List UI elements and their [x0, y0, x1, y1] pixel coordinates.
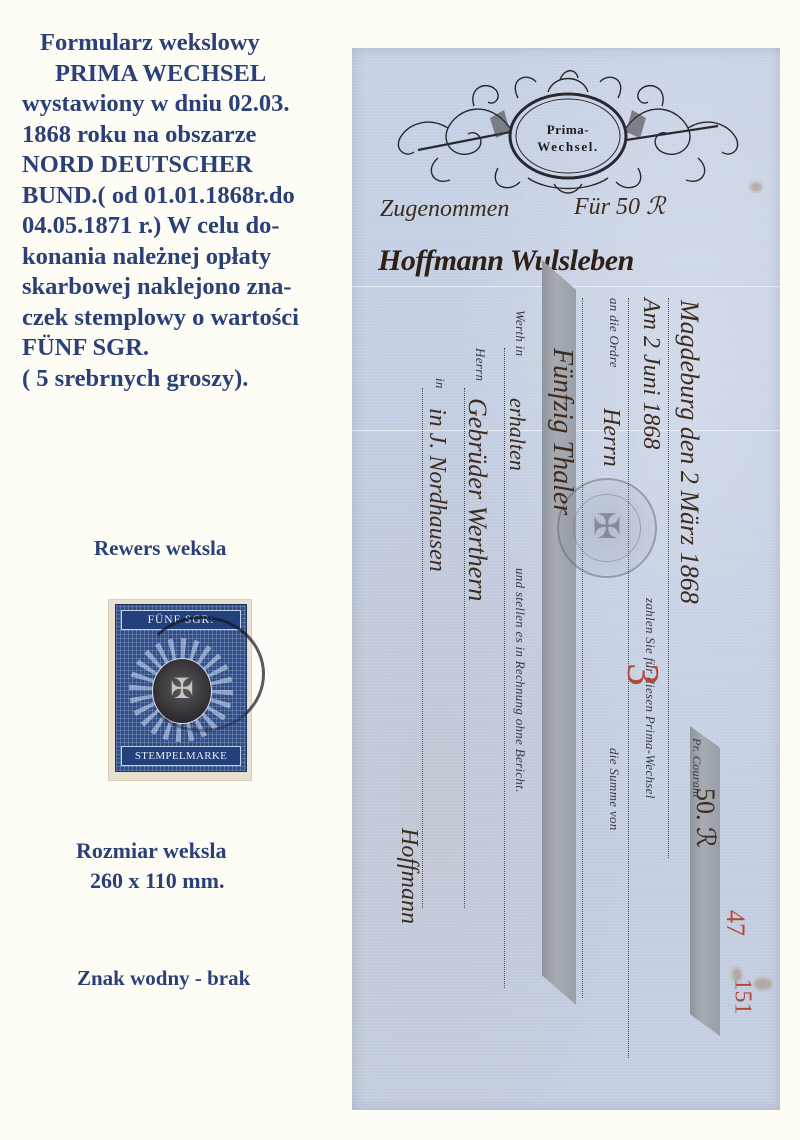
addressee-place-handwriting: in J. Nordhausen: [423, 408, 450, 572]
size-value: 260 x 110 mm.: [90, 868, 224, 894]
due-date-handwriting: Am 2 Juni 1868: [637, 298, 664, 449]
endorsement-handwriting: Zugenommen: [380, 196, 509, 223]
description-line: PRIMA WECHSEL: [22, 59, 352, 90]
cartouche-title: Prima- Wechsel.: [378, 121, 758, 155]
payee-handwriting: Herrn: [597, 408, 624, 467]
eagle-seal-icon: ✠: [573, 494, 641, 562]
red-mark: 151: [729, 979, 756, 1015]
red-mark: 47: [720, 910, 750, 936]
description-text: Formularz wekslowy PRIMA WECHSEL wystawi…: [22, 28, 352, 394]
description-line: skarbowej naklejono zna-: [22, 272, 352, 303]
value-handwriting: erhalten: [504, 398, 530, 471]
description-line: konania należnej opłaty: [22, 242, 352, 273]
dotted-line: [668, 298, 669, 858]
place-date-handwriting: Magdeburg den 2 März 1868: [674, 300, 704, 604]
value-label: Werth in: [512, 310, 528, 356]
sum-label: die Summe von: [606, 748, 622, 831]
description-line: czek stemplowy o wartości: [22, 303, 352, 334]
cartouche-line-1: Prima-: [378, 121, 758, 138]
description-line: NORD DEUTSCHER: [22, 150, 352, 181]
dotted-line: [582, 298, 583, 998]
paper-stain: [732, 968, 742, 982]
paper-stain: [750, 182, 762, 192]
description-line: ( 5 srebrnych groszy).: [22, 364, 352, 395]
amount-header: Für 50 ℛ: [574, 192, 665, 221]
bill-of-exchange-document: Prima- Wechsel. Zugenommen Für 50 ℛ Hoff…: [352, 48, 780, 1110]
addressee-handwriting: Gebrüder Werthern: [462, 398, 492, 601]
description-line: Formularz wekslowy: [22, 28, 352, 59]
description-line: wystawiony w dniu 02.03.: [22, 89, 352, 120]
red-mark: 3: [617, 663, 670, 686]
drawer-signature: Hoffmann: [395, 828, 422, 924]
account-label: und stellen es in Rechnung ohne Bericht.: [512, 568, 528, 793]
revenue-stamp: FÜNF SGR: ✠ STEMPELMARKE: [109, 600, 251, 780]
place-label: in: [432, 378, 448, 389]
size-caption: Rozmiar weksla: [76, 838, 227, 864]
amount-numerals: 50. ℛ: [690, 788, 720, 848]
description-line: 04.05.1871 r.) W celu do-: [22, 211, 352, 242]
order-label: an die Ordre: [606, 298, 622, 368]
cartouche-line-2: Wechsel.: [378, 138, 758, 155]
description-line: FÜNF SGR.: [22, 333, 352, 364]
reverse-caption: Rewers weksla: [94, 536, 226, 561]
description-line: BUND.( od 01.01.1868r.do: [22, 181, 352, 212]
addressee-label: Herrn: [472, 348, 488, 381]
ornamental-header: Prima- Wechsel.: [378, 68, 758, 198]
pay-label: zahlen Sie für diesen Prima-Wechsel: [642, 598, 658, 799]
description-line: 1868 roku na obszarze: [22, 120, 352, 151]
watermark-caption: Znak wodny - brak: [77, 966, 250, 991]
paper-stain: [754, 978, 772, 990]
sum-words-handwriting: Fünfzig Thaler: [546, 348, 578, 515]
stamp-label: STEMPELMARKE: [121, 746, 241, 766]
bold-signature: Hoffmann Wulsleben: [378, 244, 634, 278]
cancellation-mark: [139, 616, 265, 732]
